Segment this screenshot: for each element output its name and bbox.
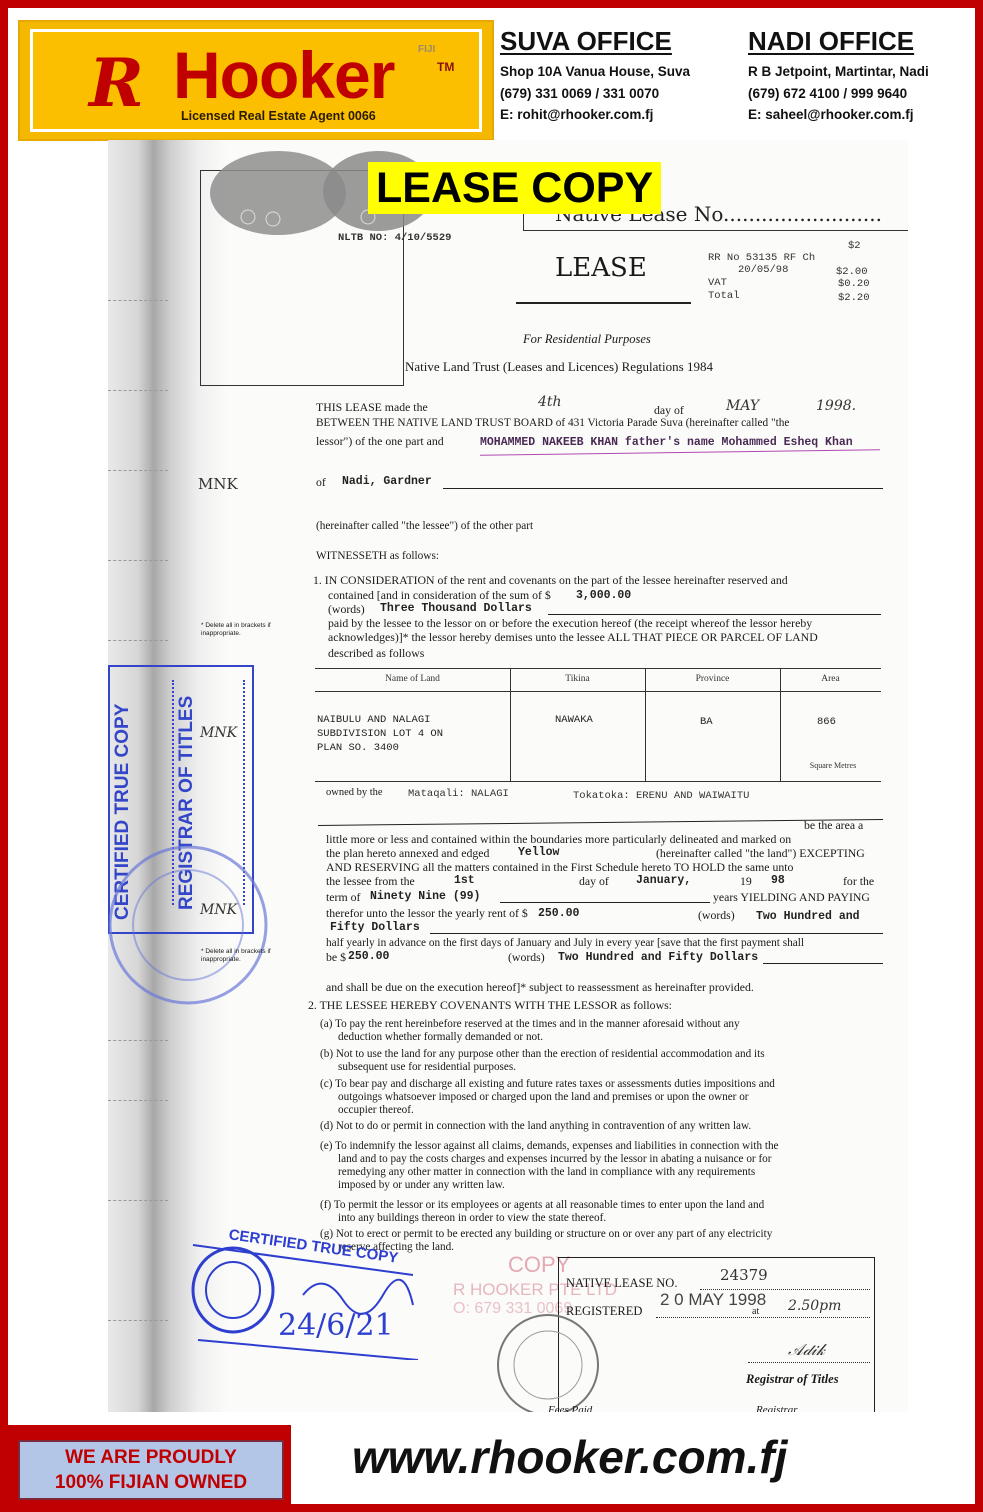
mataqali: Mataqali: NALAGI — [408, 788, 509, 800]
covenant-line: outgoings whatsoever imposed or charged … — [338, 1091, 749, 1103]
registered-date: 2 0 MAY 1998 — [660, 1290, 766, 1310]
registrar-label: Registrar — [756, 1404, 798, 1412]
clause1-line: described as follows — [328, 646, 424, 661]
regulations: Native Land Trust (Leases and Licences) … — [405, 359, 713, 375]
registered-label: REGISTERED — [566, 1304, 642, 1319]
lessor-part: lessor") of the one part and — [316, 434, 444, 449]
consideration-words: Three Thousand Dollars — [380, 602, 532, 615]
clause1-line: contained [and in consideration of the s… — [328, 588, 551, 603]
made-day: 4th — [538, 394, 562, 410]
receipt-vat: $0.20 — [838, 278, 870, 290]
covenant-line: (e) To indemnify the lessor against all … — [320, 1140, 779, 1152]
body-line: therefor unto the lessor the yearly rent… — [326, 906, 528, 921]
rent-words: Two Hundred and — [756, 910, 860, 923]
receipt-fee: $2.00 — [836, 266, 868, 278]
margin-note: * Delete all in brackets if inappropriat… — [201, 622, 281, 638]
suva-office: SUVA OFFICE Shop 10A Vanua House, Suva (… — [500, 26, 690, 126]
registrar-of-titles-seal-icon — [493, 1310, 608, 1412]
lease-copy-banner: LEASE COPY — [368, 162, 661, 214]
cell-area: 866 — [817, 715, 836, 729]
start-day: 1st — [454, 874, 475, 887]
col-header: Area — [780, 674, 881, 684]
reg-lease-no: 24379 — [720, 1266, 768, 1284]
body-line: the plan hereto annexed and edged — [326, 846, 489, 861]
tokatoka: Tokatoka: ERENU AND WAIWAITU — [573, 790, 749, 802]
body-line: (words) — [698, 908, 735, 923]
covenant-line: imposed by or under any written law. — [338, 1179, 505, 1191]
body-line: be the area a — [804, 818, 863, 833]
owned-by-label: owned by the — [326, 787, 383, 798]
covenant-line: (f) To permit the lessor or its employee… — [320, 1199, 764, 1211]
margin-note: * Delete all in brackets if inappropriat… — [201, 948, 281, 964]
office-phone: (679) 331 0069 / 331 0070 — [500, 83, 690, 105]
receipt-date: 20/05/98 — [738, 264, 788, 276]
logo-trademark: TM — [437, 60, 454, 74]
license-number: Licensed Real Estate Agent 0066 — [181, 109, 376, 123]
lease-title: LEASE — [555, 253, 647, 283]
badge-line: 100% FIJIAN OWNED — [20, 1470, 282, 1495]
nltb-number: NLTB NO: 4/10/5529 — [338, 232, 451, 244]
lessee-address: Nadi, Gardner — [342, 475, 432, 488]
logo-country: FIJI — [418, 44, 435, 55]
cell-land-name: NAIBULU AND NALAGI SUBDIVISION LOT 4 ON … — [317, 713, 443, 755]
made-month: MAY — [726, 398, 759, 414]
fees-paid: Fees Paid — [548, 1404, 592, 1412]
consideration-sum: 3,000.00 — [576, 589, 631, 602]
office-title: SUVA OFFICE — [500, 26, 690, 57]
covenant-line: (d) Not to do or permit in connection wi… — [320, 1120, 751, 1132]
start-year: 98 — [771, 874, 785, 887]
day-of-label: day of — [654, 403, 684, 418]
clause2-heading: 2. THE LESSEE HEREBY COVENANTS WITH THE … — [308, 998, 672, 1013]
registrar-seal-icon — [108, 830, 293, 1010]
covenant-line: occupier thereof. — [338, 1104, 414, 1116]
covenant-line: (a) To pay the rent hereinbefore reserve… — [320, 1018, 740, 1030]
start-month: January, — [636, 874, 691, 887]
receipt-total: $2.20 — [838, 292, 870, 304]
edge-color: Yellow — [518, 846, 559, 859]
covenant-line: subsequent use for residential purposes. — [338, 1061, 516, 1073]
body-line: half yearly in advance on the first days… — [326, 937, 804, 949]
lessee-name: MOHAMMED NAKEEB KHAN father's name Moham… — [480, 436, 853, 449]
lessee-called: (hereinafter called "the lessee") of the… — [316, 520, 533, 532]
lease-term: Ninety Nine (99) — [370, 890, 480, 903]
receipt-vat-label: VAT — [708, 277, 727, 289]
receipt-amount-top: $2 — [848, 240, 861, 252]
logo-name: Hooker — [173, 42, 394, 108]
clause1-line: paid by the lessee to the lessor on or b… — [328, 616, 812, 631]
body-line: the lessee from the — [326, 874, 415, 889]
badge-line: WE ARE PROUDLY — [20, 1445, 282, 1470]
col-header: Province — [645, 674, 780, 684]
rent-words: Fifty Dollars — [330, 921, 420, 934]
body-line: and shall be due on the execution hereof… — [326, 980, 754, 995]
clause1-line: 1. IN CONSIDERATION of the rent and cove… — [313, 573, 788, 588]
registrar-signature: 𝒜𝒹𝒾𝓀 — [788, 1340, 825, 1360]
covenant-line: remedying any other matter in connection… — [338, 1166, 755, 1178]
office-email[interactable]: E: saheel@rhooker.com.fj — [748, 104, 929, 126]
yearly-rent: 250.00 — [538, 907, 579, 920]
area-unit: Square Metres — [785, 761, 881, 770]
nadi-office: NADI OFFICE R B Jetpoint, Martintar, Nad… — [748, 26, 929, 126]
lease-document-scan: LEASE COPY Native Lease No..............… — [108, 140, 908, 1412]
first-payment-words: Two Hundred and Fifty Dollars — [558, 951, 758, 964]
body-line: for the — [843, 874, 874, 889]
website-link[interactable]: www.rhooker.com.fj — [352, 1430, 787, 1484]
body-line: (words) — [508, 950, 545, 965]
body-line: 19 — [740, 874, 752, 889]
clause1-line: (words) — [328, 602, 365, 617]
body-line: AND RESERVING all the matters contained … — [326, 860, 793, 875]
clause1-line: acknowledges)]* the lessor hereby demise… — [328, 630, 818, 645]
registered-time: 2.50pm — [788, 1298, 841, 1314]
of-label: of — [316, 475, 326, 490]
body-line: (hereinafter called "the land") EXCEPTIN… — [656, 846, 865, 861]
land-table: Name of Land Tikina Province Area NAIBUL… — [315, 668, 881, 782]
witnesseth: WITNESSETH as follows: — [316, 550, 439, 562]
body-line: day of — [579, 874, 609, 889]
certification-date: 24/6/21 — [278, 1308, 394, 1343]
between-clause: BETWEEN THE NATIVE LAND TRUST BOARD of 4… — [316, 417, 789, 429]
margin-initials: MNK — [200, 725, 237, 741]
registrar-signatory: Registrar of Titles — [746, 1372, 839, 1387]
fijian-owned-badge: WE ARE PROUDLY 100% FIJIAN OWNED — [18, 1440, 284, 1500]
office-address: Shop 10A Vanua House, Suva — [500, 61, 690, 83]
receipt-rr: RR No 53135 RF Ch — [708, 252, 815, 264]
at-label: at — [752, 1306, 759, 1317]
office-address: R B Jetpoint, Martintar, Nadi — [748, 61, 929, 83]
col-header: Name of Land — [315, 674, 510, 684]
made-year: 1998. — [816, 398, 856, 414]
body-line: little more or less and contained within… — [326, 832, 791, 847]
body-line: years YIELDING AND PAYING — [713, 890, 870, 905]
office-phone: (679) 672 4100 / 999 9640 — [748, 83, 929, 105]
first-payment: 250.00 — [348, 950, 389, 963]
purpose: For Residential Purposes — [523, 332, 651, 347]
covenant-line: (b) Not to use the land for any purpose … — [320, 1048, 765, 1060]
reg-lease-no-label: NATIVE LEASE NO. — [566, 1276, 677, 1291]
office-title: NADI OFFICE — [748, 26, 929, 57]
cell-province: BA — [700, 715, 713, 729]
covenant-line: (c) To bear pay and discharge all existi… — [320, 1078, 775, 1090]
col-header: Tikina — [510, 674, 645, 684]
made-label: THIS LEASE made the — [316, 400, 428, 415]
cell-tikina: NAWAKA — [555, 713, 593, 727]
margin-initials: MNK — [198, 475, 238, 493]
receipt-total-label: Total — [708, 290, 740, 302]
logo-mark: R — [89, 50, 144, 116]
office-email[interactable]: E: rohit@rhooker.com.fj — [500, 104, 690, 126]
body-line: term of — [326, 890, 360, 905]
brand-logo: R Hooker FIJI TM Licensed Real Estate Ag… — [18, 20, 494, 141]
covenant-line: deduction whether formally demanded or n… — [338, 1031, 543, 1043]
body-line: be $ — [326, 950, 346, 965]
covenant-line: land and to pay the costs charges and ex… — [338, 1153, 771, 1165]
